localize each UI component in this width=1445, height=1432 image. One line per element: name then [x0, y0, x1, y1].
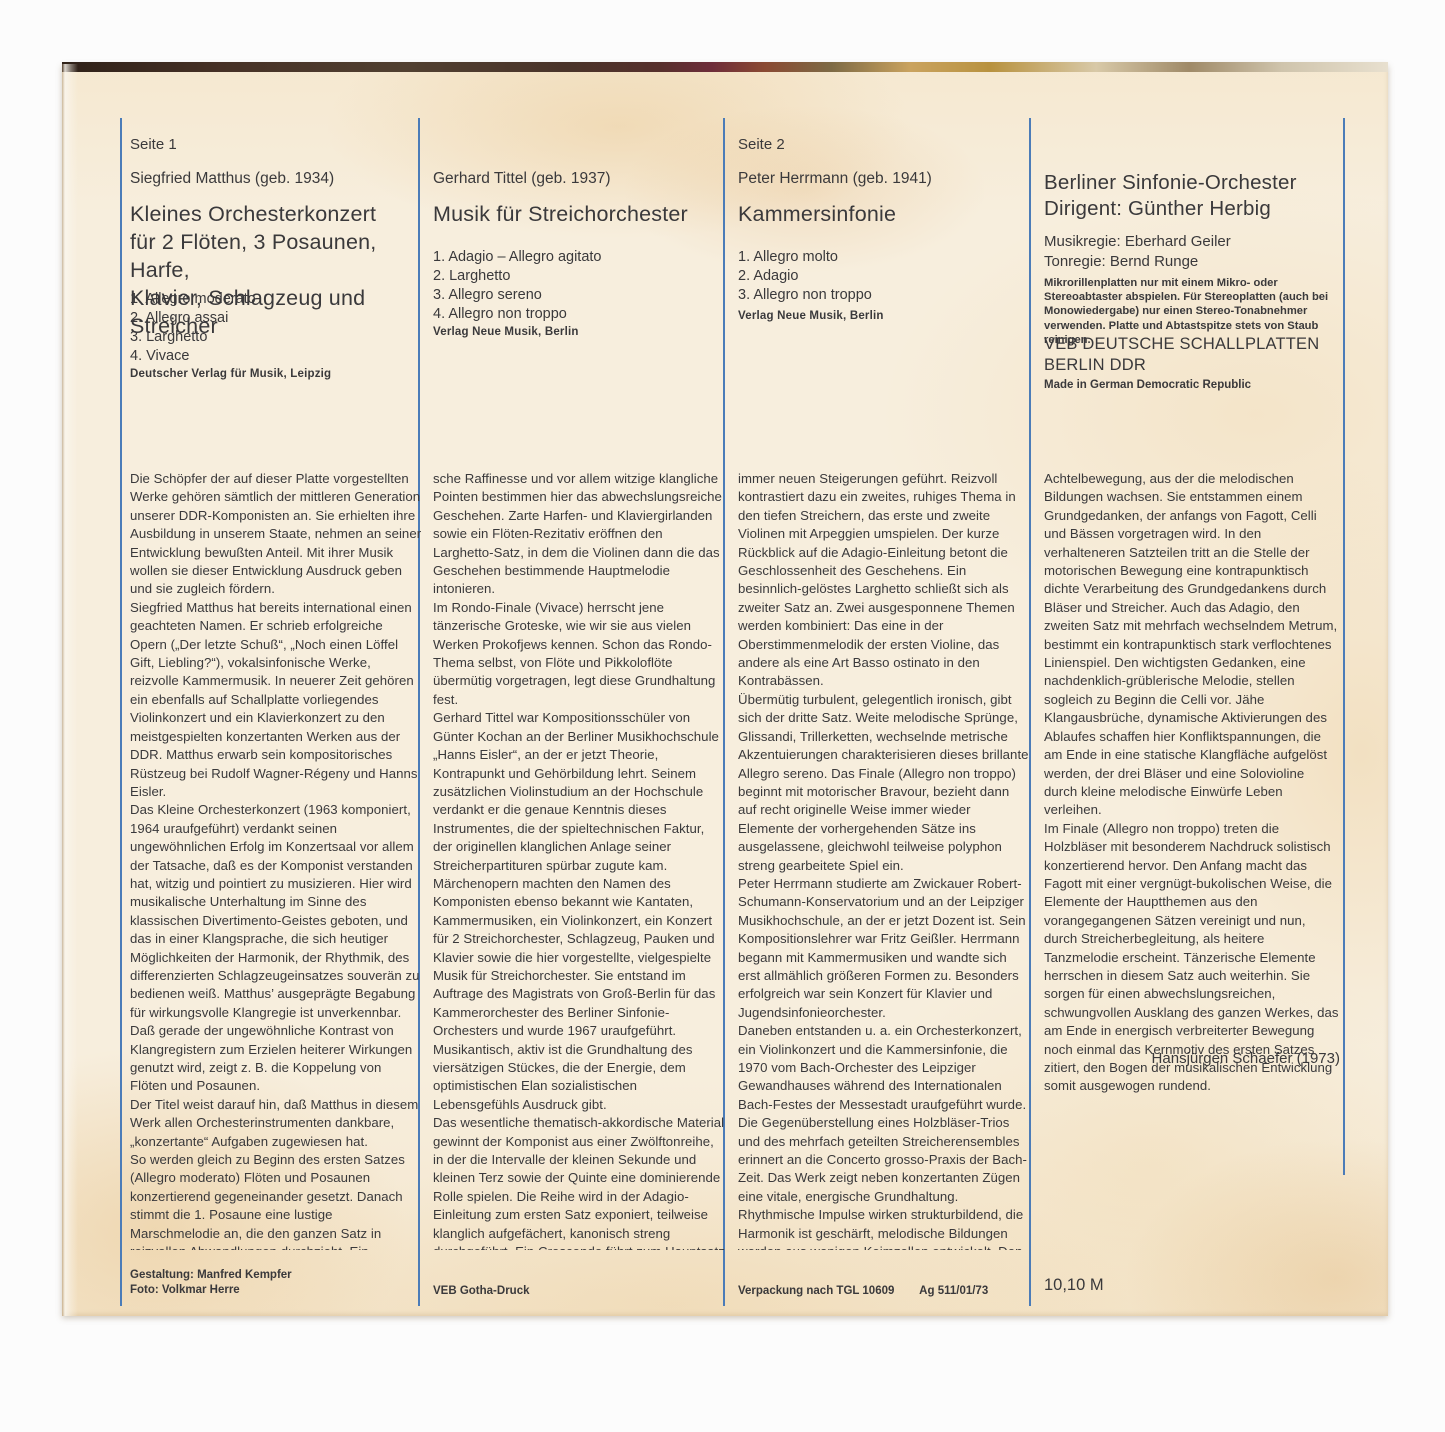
author-signature: Hansjürgen Schaefer (1973): [1044, 1050, 1340, 1067]
publisher-credit: Verlag Neue Musik, Berlin: [738, 310, 884, 322]
composer-name: Gerhard Tittel (geb. 1937): [433, 170, 611, 188]
text-line: 3. Allegro non troppo: [738, 286, 872, 305]
side-label: Seite 1: [130, 136, 177, 153]
publisher-credit: Verlag Neue Musik, Berlin: [433, 326, 579, 338]
text-line: Das Kleine Orchesterkonzert (1963 kompon…: [130, 801, 422, 1096]
side-label: Seite 2: [738, 136, 785, 153]
text-line: Das wesentliche thematisch-akkordische M…: [433, 1114, 725, 1250]
work-title: Musik für Streichorchester: [433, 200, 688, 228]
text-line: Peter Herrmann studierte am Zwickauer Ro…: [738, 875, 1030, 1022]
text-line: 4. Allegro non troppo: [433, 305, 602, 324]
text-line: Der Titel weist darauf hin, daß Matthus …: [130, 1096, 422, 1151]
text-line: 1. Allegro molto: [738, 248, 872, 267]
credit-line: Gestaltung: Manfred Kempfer: [130, 1268, 292, 1283]
divider-line: [120, 118, 122, 1306]
text-line: 2. Allegro assai: [130, 309, 256, 328]
publisher-credit: Deutscher Verlag für Musik, Leipzig: [130, 368, 331, 380]
price: 10,10 M: [1044, 1276, 1104, 1295]
liner-notes: Achtelbewegung, aus der die melodischen …: [1044, 470, 1340, 1118]
liner-notes: Die Schöpfer der auf dieser Platte vorge…: [130, 470, 422, 1250]
text-line: 2. Adagio: [738, 267, 872, 286]
music-direction-credit: Musikregie: Eberhard Geiler: [1044, 232, 1231, 252]
label-line: BERLIN DDR: [1044, 355, 1319, 376]
work-title-line: Musik für Streichorchester: [433, 200, 688, 228]
scanned-page: Seite 1 Siegfried Matthus (geb. 1934) Kl…: [0, 0, 1445, 1432]
text-line: So werden gleich zu Beginn des ersten Sa…: [130, 1151, 422, 1250]
credit-line: Foto: Volkmar Herre: [130, 1283, 292, 1298]
album-back-cover: Seite 1 Siegfried Matthus (geb. 1934) Kl…: [62, 64, 1388, 1316]
text-line: immer neuen Steigerungen geführt. Reizvo…: [738, 470, 1030, 691]
text-line: 2. Larghetto: [433, 267, 602, 286]
packaging-standard: Verpackung nach TGL 10609: [738, 1285, 894, 1297]
recording-credits: Musikregie: Eberhard Geiler Tonregie: Be…: [1044, 232, 1231, 271]
text-line: Übermütig turbulent, gelegentlich ironis…: [738, 691, 1030, 875]
credit-line: VEB Gotha-Druck: [433, 1284, 530, 1299]
text-line: 4. Vivace: [130, 347, 256, 366]
packaging-credit: Verpackung nach TGL 10609 Ag 511/01/73: [738, 1284, 1010, 1299]
made-in-note: Made in German Democratic Republic: [1044, 379, 1251, 391]
orchestra-title: Berliner Sinfonie-Orchester Dirigent: Gü…: [1044, 170, 1297, 222]
work-title-line: Kleines Orchesterkonzert: [130, 200, 418, 228]
movement-list: 1. Adagio – Allegro agitato2. Larghetto3…: [433, 248, 602, 324]
movement-list: 1. Allegro molto2. Adagio3. Allegro non …: [738, 248, 872, 305]
work-title-line: Kammersinfonie: [738, 200, 896, 228]
liner-notes: immer neuen Steigerungen geführt. Reizvo…: [738, 470, 1030, 1250]
cover-top-edge-spine: [62, 62, 1388, 72]
text-line: Siegfried Matthus hat bereits internatio…: [130, 599, 422, 801]
label-line: VEB DEUTSCHE SCHALLPLATTEN: [1044, 334, 1319, 355]
work-title: Kammersinfonie: [738, 200, 896, 228]
print-order-number: Ag 511/01/73: [919, 1285, 988, 1297]
text-line: 3. Allegro sereno: [433, 286, 602, 305]
design-credits: Gestaltung: Manfred Kempfer Foto: Volkma…: [130, 1268, 292, 1298]
print-credit: VEB Gotha-Druck: [433, 1284, 530, 1299]
record-label: VEB DEUTSCHE SCHALLPLATTEN BERLIN DDR: [1044, 334, 1319, 376]
work-title-line: für 2 Flöten, 3 Posaunen, Harfe,: [130, 228, 418, 284]
text-line: 1. Allegro moderato: [130, 290, 256, 309]
movement-list: 1. Allegro moderato2. Allegro assai3. La…: [130, 290, 256, 366]
conductor-line: Dirigent: Günther Herbig: [1044, 196, 1297, 222]
text-line: Gerhard Tittel war Kompositionsschüler v…: [433, 709, 725, 1114]
text-line: 3. Larghetto: [130, 328, 256, 347]
text-line: 1. Adagio – Allegro agitato: [433, 248, 602, 267]
liner-notes: sche Raffinesse und vor allem witzige kl…: [433, 470, 725, 1250]
composer-name: Peter Herrmann (geb. 1941): [738, 170, 932, 188]
text-line: Im Rondo-Finale (Vivace) herrscht jene t…: [433, 599, 725, 709]
text-line: Daneben entstanden u. a. ein Orchesterko…: [738, 1022, 1030, 1250]
sound-direction-credit: Tonregie: Bernd Runge: [1044, 252, 1231, 272]
text-line: sche Raffinesse und vor allem witzige kl…: [433, 470, 725, 599]
orchestra-line: Berliner Sinfonie-Orchester: [1044, 170, 1297, 196]
text-line: Achtelbewegung, aus der die melodischen …: [1044, 470, 1340, 820]
composer-name: Siegfried Matthus (geb. 1934): [130, 170, 334, 188]
text-line: Die Schöpfer der auf dieser Platte vorge…: [130, 470, 422, 599]
